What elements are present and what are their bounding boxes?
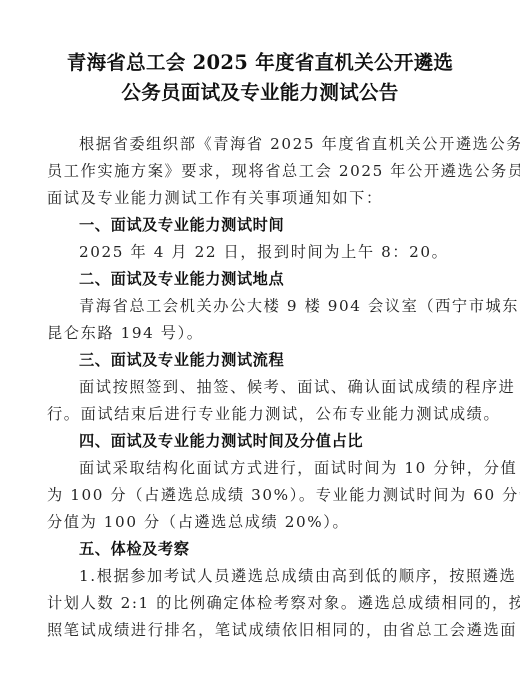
document-title-line-2: 公务员面试及专业能力测试公告 xyxy=(0,77,520,105)
body-text-line: 根据省委组织部《青海省 2025 年度省直机关公开遴选公务 xyxy=(47,131,487,158)
body-text-line: 行。面试结束后进行专业能力测试，公布专业能力测试成绩。 xyxy=(47,401,487,428)
body-text-line: 为 100 分（占遴选总成绩 30%）。专业能力测试时间为 60 分钟， xyxy=(47,482,487,509)
section-heading-1: 一、面试及专业能力测试时间 xyxy=(47,212,487,239)
body-text-line: 面试及专业能力测试工作有关事项通知如下： xyxy=(47,185,487,212)
body-text-line: 面试采取结构化面试方式进行，面试时间为 10 分钟，分值 xyxy=(47,455,487,482)
document-body: 根据省委组织部《青海省 2025 年度省直机关公开遴选公务 员工作实施方案》要求… xyxy=(47,131,487,644)
body-text-line: 计划人数 2:1 的比例确定体检考察对象。遴选总成绩相同的，按 xyxy=(47,590,487,617)
body-text-line: 2025 年 4 月 22 日，报到时间为上午 8：20。 xyxy=(47,239,487,266)
section-heading-5: 五、体检及考察 xyxy=(47,536,487,563)
body-text-line: 1.根据参加考试人员遴选总成绩由高到低的顺序，按照遴选 xyxy=(47,563,487,590)
body-text-line: 青海省总工会机关办公大楼 9 楼 904 会议室（西宁市城东区 xyxy=(47,293,487,320)
body-text-line: 照笔试成绩进行排名，笔试成绩依旧相同的，由省总工会遴选面 xyxy=(47,617,487,644)
document-title-line-1: 青海省总工会 2025 年度省直机关公开遴选 xyxy=(0,47,520,75)
body-text-line: 昆仑东路 194 号）。 xyxy=(47,320,487,347)
body-text-line: 员工作实施方案》要求，现将省总工会 2025 年公开遴选公务员 xyxy=(47,158,487,185)
section-heading-3: 三、面试及专业能力测试流程 xyxy=(47,347,487,374)
body-text-line: 面试按照签到、抽签、候考、面试、确认面试成绩的程序进 xyxy=(47,374,487,401)
body-text-line: 分值为 100 分（占遴选总成绩 20%）。 xyxy=(47,509,487,536)
section-heading-4: 四、面试及专业能力测试时间及分值占比 xyxy=(47,428,487,455)
section-heading-2: 二、面试及专业能力测试地点 xyxy=(47,266,487,293)
